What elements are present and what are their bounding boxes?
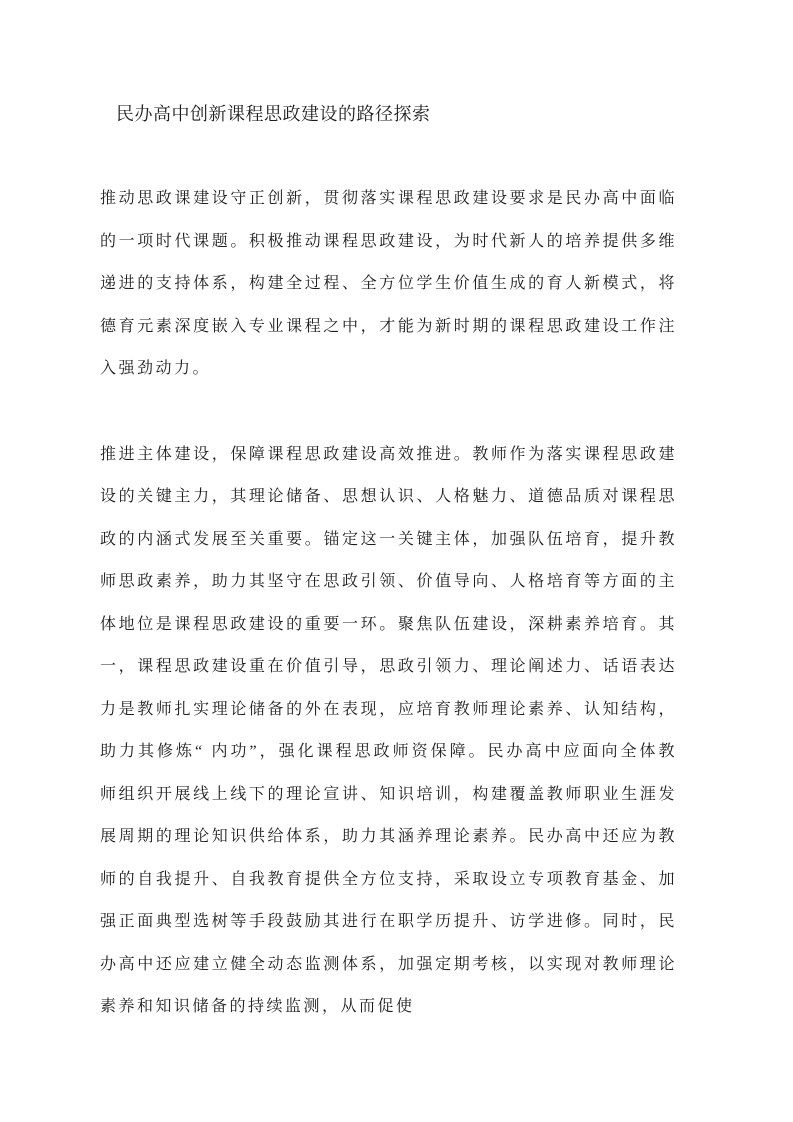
document-title: 民办高中创新课程思政建设的路径探索 <box>100 93 677 135</box>
paragraph-intro: 推动思政课建设守正创新，贯彻落实课程思政建设要求是民办高中面临的一项时代课题。积… <box>100 178 677 391</box>
document-page: 民办高中创新课程思政建设的路径探索 推动思政课建设守正创新，贯彻落实课程思政建设… <box>0 0 793 1122</box>
paragraph-body: 推进主体建设，保障课程思政建设高效推进。教师作为落实课程思政建设的关键主力，其理… <box>100 434 677 1029</box>
